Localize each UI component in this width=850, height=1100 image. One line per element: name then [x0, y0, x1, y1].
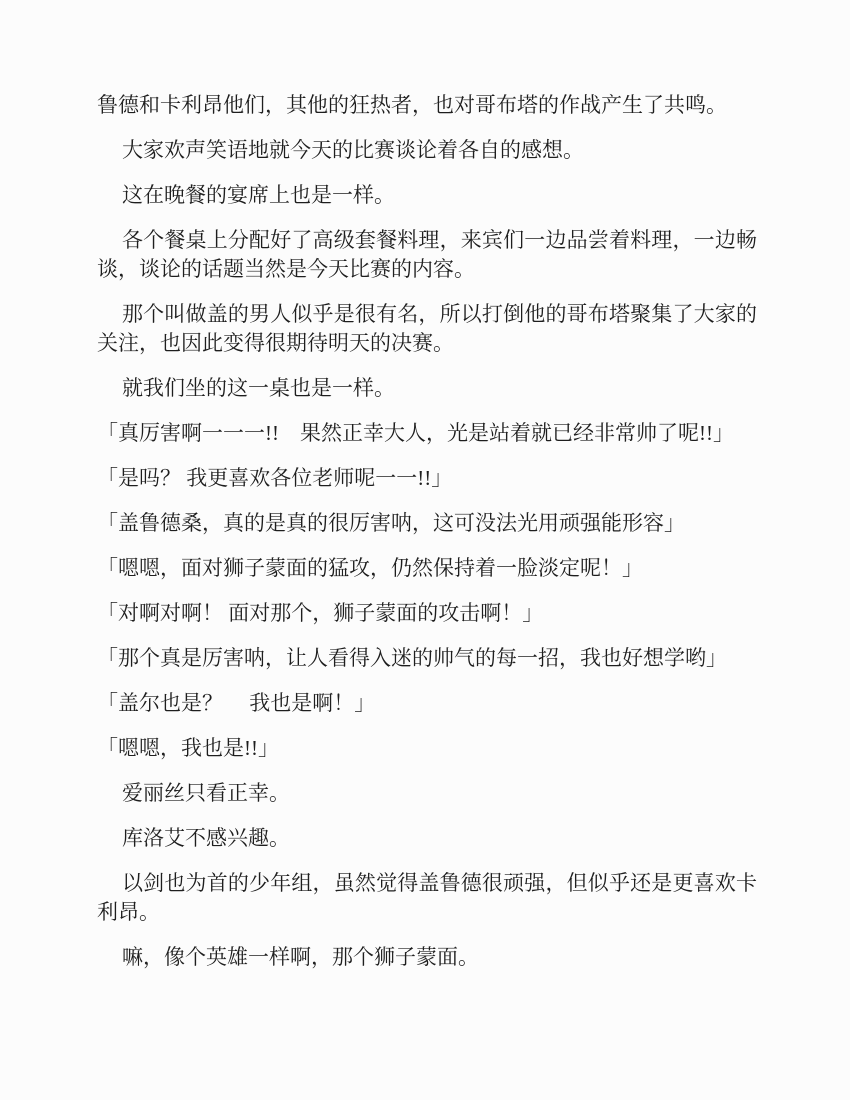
- dialogue-line: 「对啊对啊！ 面对那个，狮子蒙面的攻击啊！」: [97, 599, 757, 628]
- paragraph: 就我们坐的这一桌也是一样。: [97, 374, 757, 403]
- paragraph: 库洛艾不感兴趣。: [97, 824, 757, 853]
- paragraph: 爱丽丝只看正幸。: [97, 779, 757, 808]
- paragraph: 那个叫做盖的男人似乎是很有名，所以打倒他的哥布塔聚集了大家的关注，也因此变得很期…: [97, 300, 757, 358]
- paragraph: 各个餐桌上分配好了高级套餐料理，来宾们一边品尝着料理，一边畅谈，谈论的话题当然是…: [97, 226, 757, 284]
- dialogue-line: 「是吗？ 我更喜欢各位老师呢一一!!」: [97, 464, 757, 493]
- paragraph: 以剑也为首的少年组，虽然觉得盖鲁德很顽强，但似乎还是更喜欢卡利昂。: [97, 869, 757, 927]
- dialogue-line: 「真厉害啊一一一!! 果然正幸大人，光是站着就已经非常帅了呢!!」: [97, 419, 757, 448]
- dialogue-line: 「盖尔也是？ 我也是啊！」: [97, 689, 757, 718]
- dialogue-line: 「那个真是厉害呐，让人看得入迷的帅气的每一招，我也好想学哟」: [97, 644, 757, 673]
- dialogue-line: 「嗯嗯，面对狮子蒙面的猛攻，仍然保持着一脸淡定呢！」: [97, 554, 757, 583]
- novel-page: 鲁德和卡利昂他们，其他的狂热者，也对哥布塔的作战产生了共鸣。 大家欢声笑语地就今…: [0, 0, 850, 1100]
- paragraph: 大家欢声笑语地就今天的比赛谈论着各自的感想。: [97, 136, 757, 165]
- dialogue-line: 「盖鲁德桑，真的是真的很厉害呐，这可没法光用顽强能形容」: [97, 509, 757, 538]
- paragraph: 这在晚餐的宴席上也是一样。: [97, 181, 757, 210]
- dialogue-line: 「嗯嗯，我也是!!」: [97, 734, 757, 763]
- paragraph: 嘛，像个英雄一样啊，那个狮子蒙面。: [97, 943, 757, 972]
- paragraph-continuation: 鲁德和卡利昂他们，其他的狂热者，也对哥布塔的作战产生了共鸣。: [97, 91, 757, 120]
